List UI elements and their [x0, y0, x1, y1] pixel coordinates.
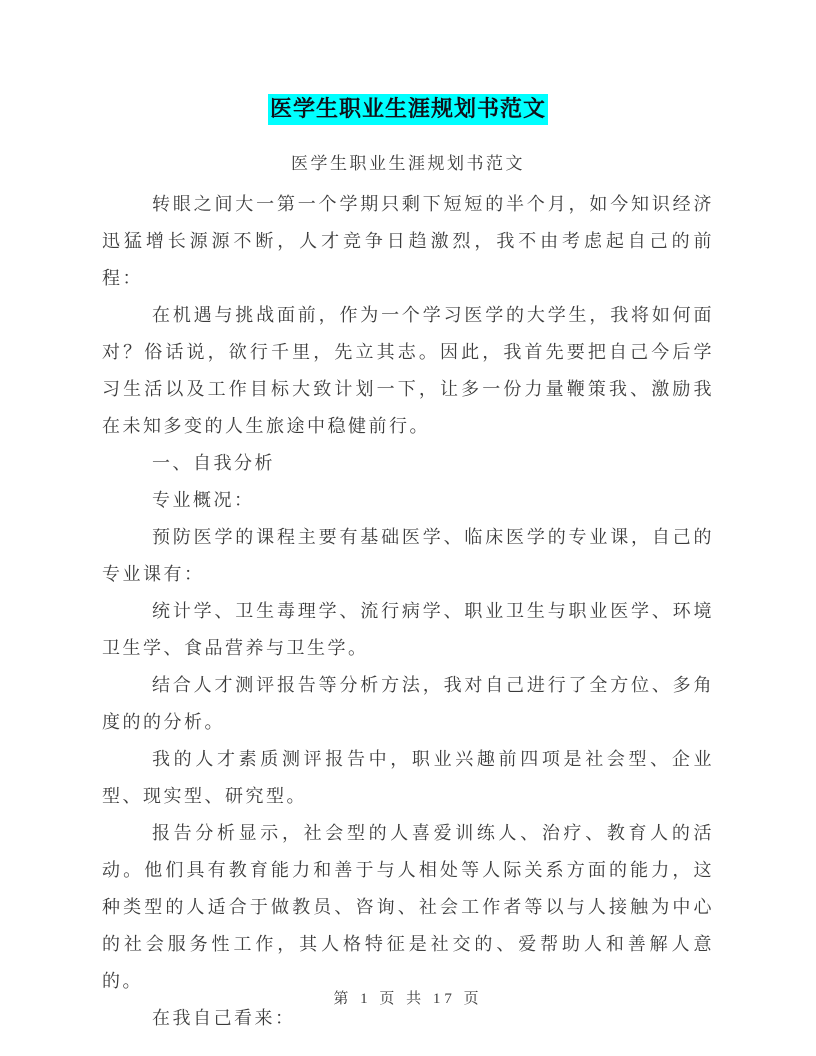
document-title-highlighted: 医学生职业生涯规划书范文 — [268, 94, 548, 125]
body-paragraph-heading: 一、自我分析 — [102, 445, 714, 482]
body-paragraph: 在机遇与挑战面前，作为一个学习医学的大学生，我将如何面对？俗话说，欲行千里，先立… — [102, 297, 714, 445]
body-paragraph: 报告分析显示，社会型的人喜爱训练人、治疗、教育人的活动。他们具有教育能力和善于与… — [102, 815, 714, 1000]
body-paragraph: 我的人才素质测评报告中，职业兴趣前四项是社会型、企业型、现实型、研究型。 — [102, 741, 714, 815]
body-paragraph: 结合人才测评报告等分析方法，我对自己进行了全方位、多角度的的分析。 — [102, 667, 714, 741]
document-subtitle: 医学生职业生涯规划书范文 — [0, 149, 816, 174]
page-number-footer: 第 1 页 共 17 页 — [0, 987, 816, 1008]
body-paragraph: 转眼之间大一第一个学期只剩下短短的半个月，如今知识经济迅猛增长源源不断，人才竞争… — [102, 186, 714, 297]
body-paragraph: 统计学、卫生毒理学、流行病学、职业卫生与职业医学、环境卫生学、食品营养与卫生学。 — [102, 593, 714, 667]
body-paragraph: 专业概况： — [102, 482, 714, 519]
document-body: 转眼之间大一第一个学期只剩下短短的半个月，如今知识经济迅猛增长源源不断，人才竞争… — [102, 186, 714, 1037]
document-page: 医学生职业生涯规划书范文 医学生职业生涯规划书范文 转眼之间大一第一个学期只剩下… — [0, 0, 816, 1056]
body-paragraph: 预防医学的课程主要有基础医学、临床医学的专业课，自己的专业课有： — [102, 519, 714, 593]
title-row: 医学生职业生涯规划书范文 — [0, 94, 816, 125]
